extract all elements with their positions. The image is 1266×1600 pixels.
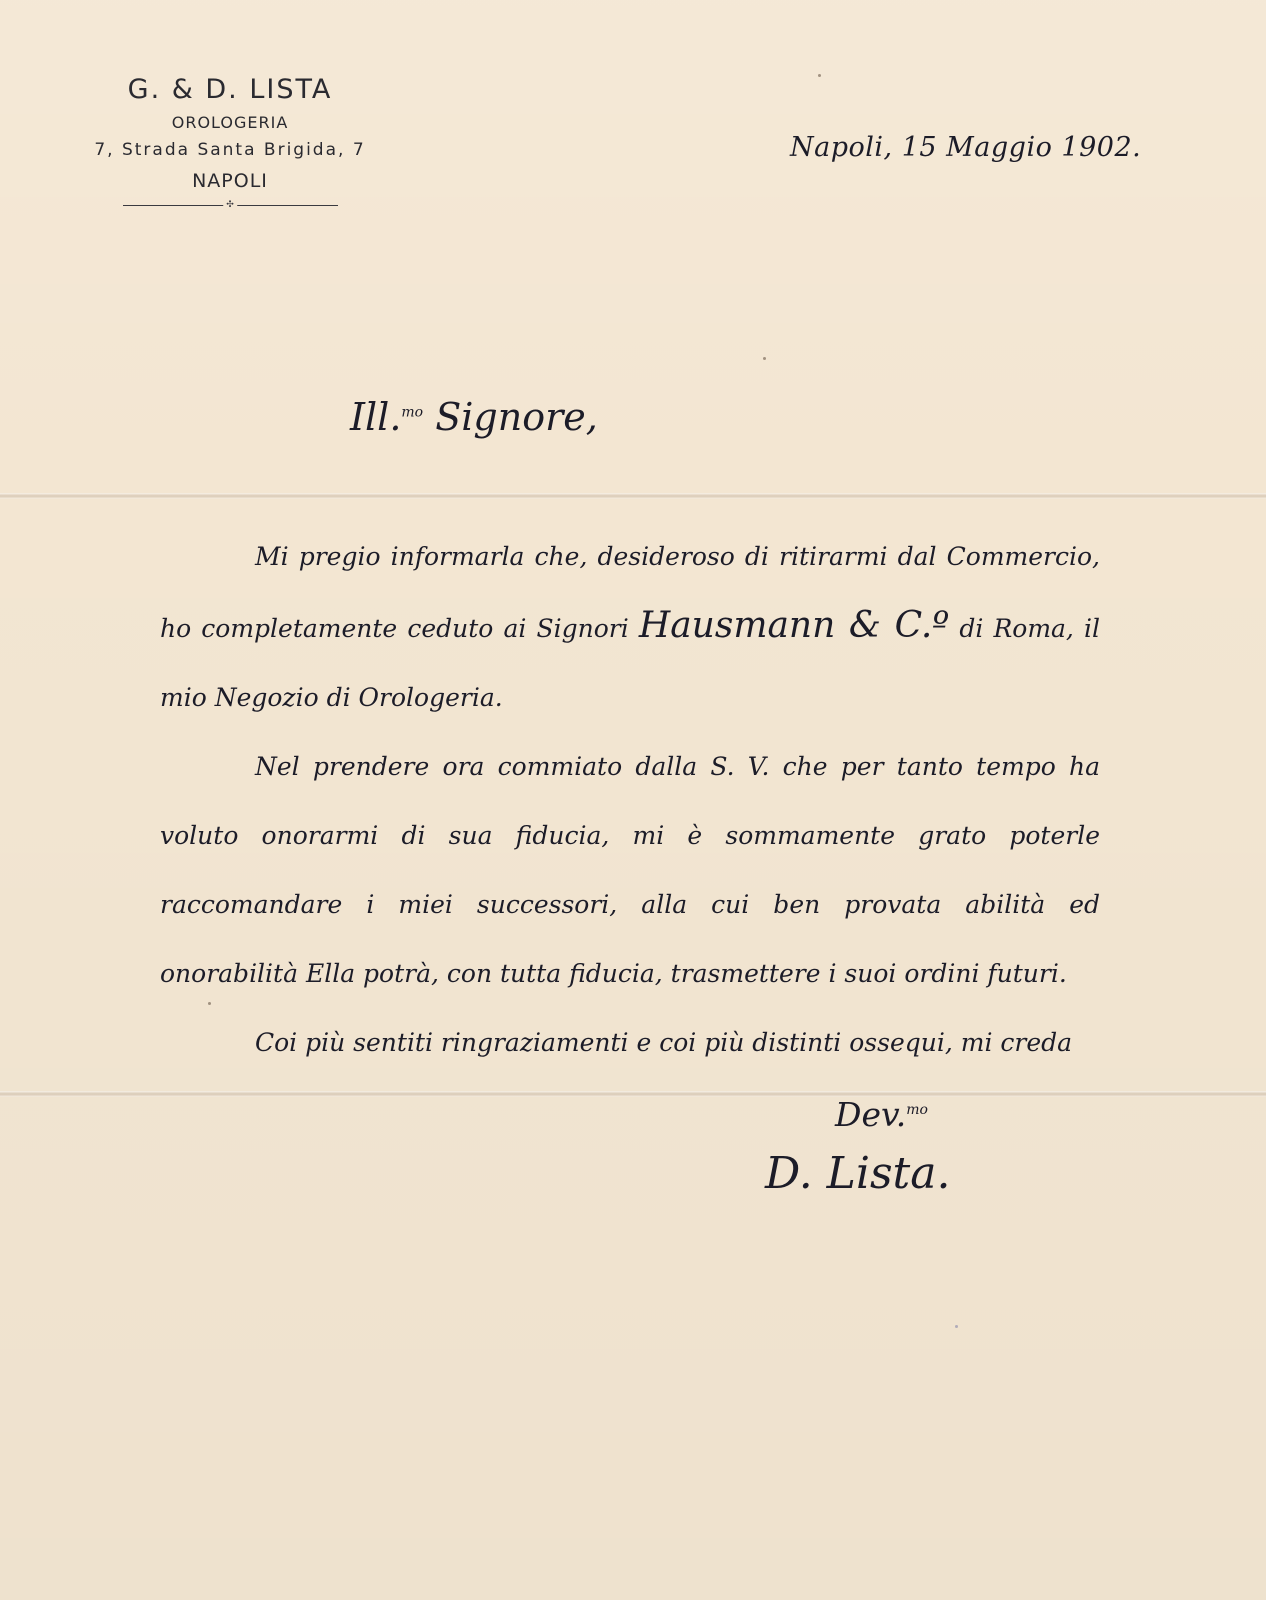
paragraph-2: Nel prendere ora commiato dalla S. V. ch…: [160, 732, 1100, 1008]
paper-fold-upper: [0, 493, 1266, 499]
company-name: G. & D. LISTA: [60, 74, 400, 105]
paper-speck: [763, 357, 766, 360]
paper-speck: [208, 1002, 211, 1005]
letter-body: Mi pregio informarla che, desideroso di …: [160, 522, 1100, 1077]
ornament-icon: ✣: [223, 200, 237, 210]
letterhead: G. & D. LISTA OROLOGERIA 7, Strada Santa…: [60, 74, 400, 210]
paragraph-1: Mi pregio informarla che, desideroso di …: [160, 522, 1100, 732]
company-address: 7, Strada Santa Brigida, 7: [60, 140, 400, 160]
date-line: Napoli, 15 Maggio 1902.: [790, 132, 1141, 163]
salutation: Ill.mo Signore,: [350, 395, 598, 439]
signature: D. Lista.: [765, 1148, 950, 1199]
letterhead-divider: ✣: [123, 202, 338, 210]
company-city: NAPOLI: [60, 170, 400, 192]
company-trade: OROLOGERIA: [60, 113, 400, 132]
firm-name: Hausmann & C.º: [639, 605, 949, 646]
paper-speck: [818, 74, 821, 77]
closing: Dev.mo: [835, 1095, 928, 1134]
paper-fold-lower: [0, 1091, 1266, 1097]
paragraph-3: Coi più sentiti ringraziamenti e coi più…: [160, 1008, 1100, 1077]
paper-speck: [955, 1325, 958, 1328]
